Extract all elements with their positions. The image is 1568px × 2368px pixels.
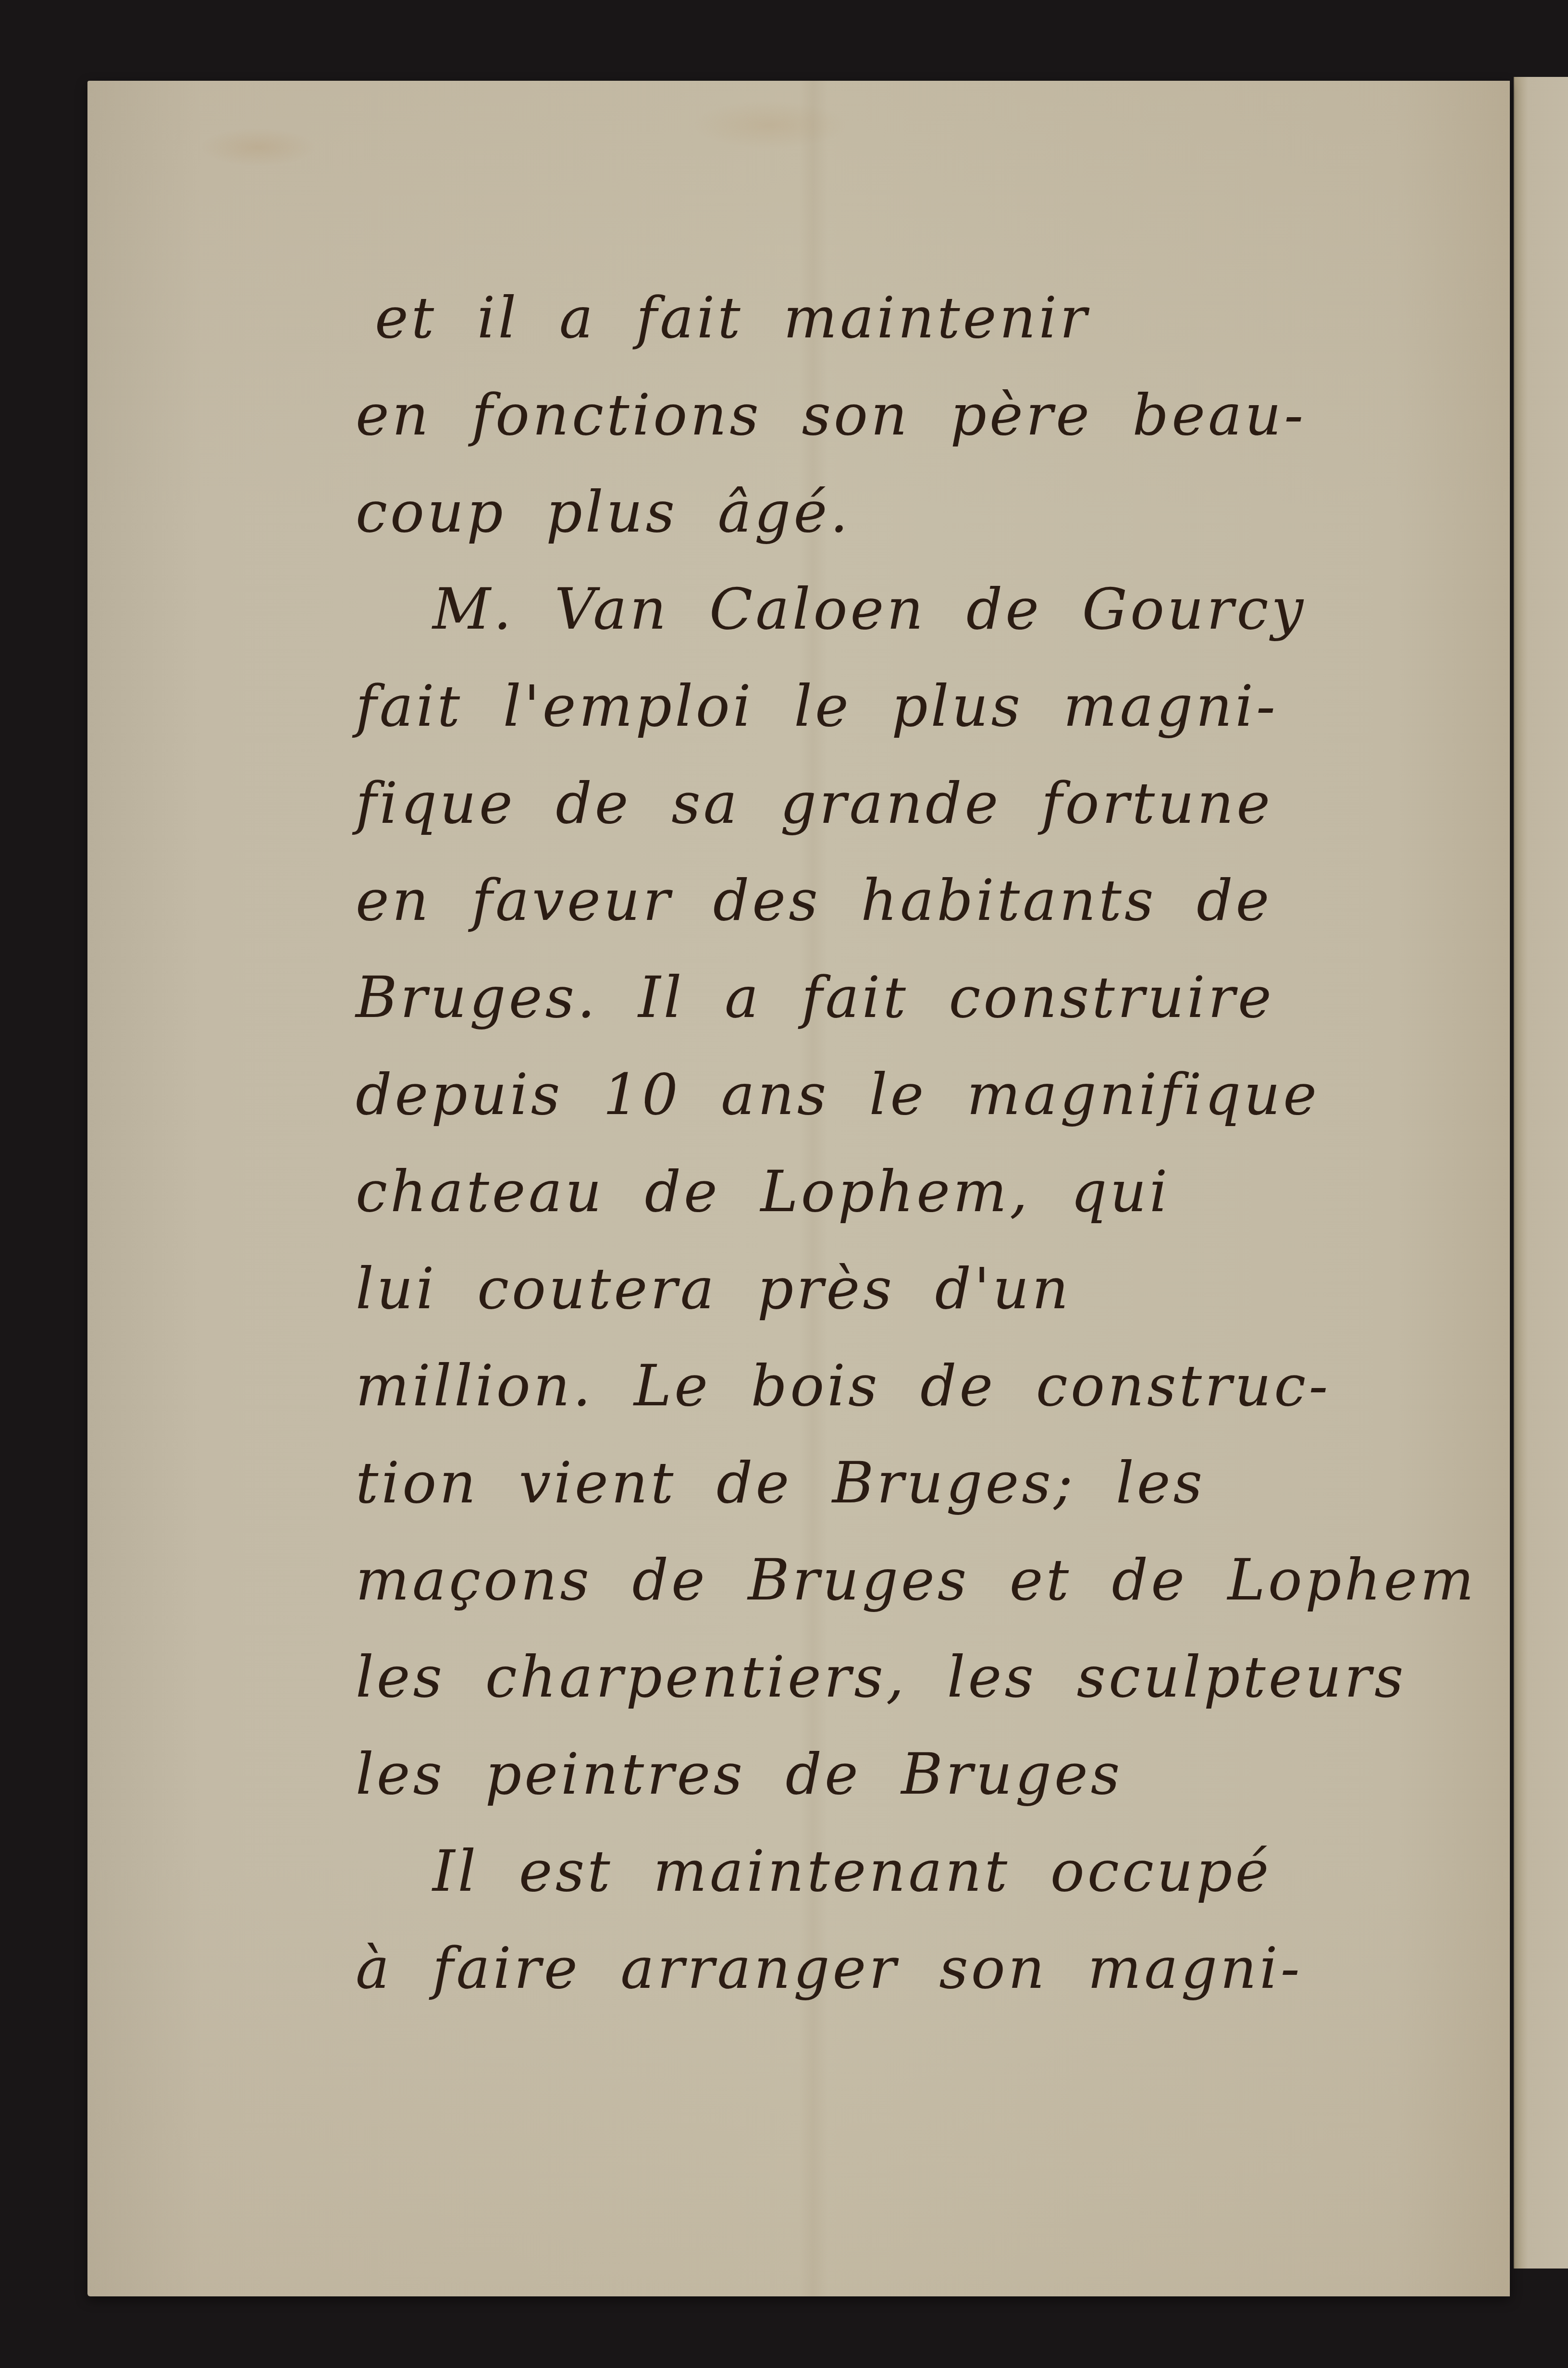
- text-line: à faire arranger son magni-: [356, 1920, 1480, 2017]
- handwritten-text: et il a fait maintenir en fonctions son …: [375, 269, 1480, 2017]
- text-line: maçons de Bruges et de Lophem: [356, 1531, 1480, 1628]
- text-line: tion vient de Bruges; les: [356, 1434, 1480, 1531]
- text-line: Bruges. Il a fait construire: [356, 949, 1480, 1046]
- text-line: million. Le bois de construc-: [356, 1337, 1480, 1434]
- text-line: en fonctions son père beau-: [356, 366, 1480, 463]
- text-line: M. Van Caloen de Gourcy: [375, 560, 1480, 657]
- text-line: fait l'emploi le plus magni-: [356, 657, 1480, 755]
- text-line: depuis 10 ans le magnifique: [356, 1046, 1480, 1143]
- text-line: en faveur des habitants de: [356, 852, 1480, 949]
- text-line: les peintres de Bruges: [356, 1725, 1480, 1822]
- text-line: fique de sa grande fortune: [356, 755, 1480, 852]
- text-line: coup plus âgé.: [356, 463, 1480, 560]
- adjacent-page-edge: [1514, 77, 1568, 2269]
- text-line: les charpentiers, les sculpteurs: [356, 1628, 1480, 1725]
- text-line: Il est maintenant occupé: [375, 1822, 1480, 1920]
- text-line: chateau de Lophem, qui: [356, 1143, 1480, 1240]
- text-line: lui coutera près d'un: [356, 1240, 1480, 1337]
- text-line: et il a fait maintenir: [375, 269, 1480, 366]
